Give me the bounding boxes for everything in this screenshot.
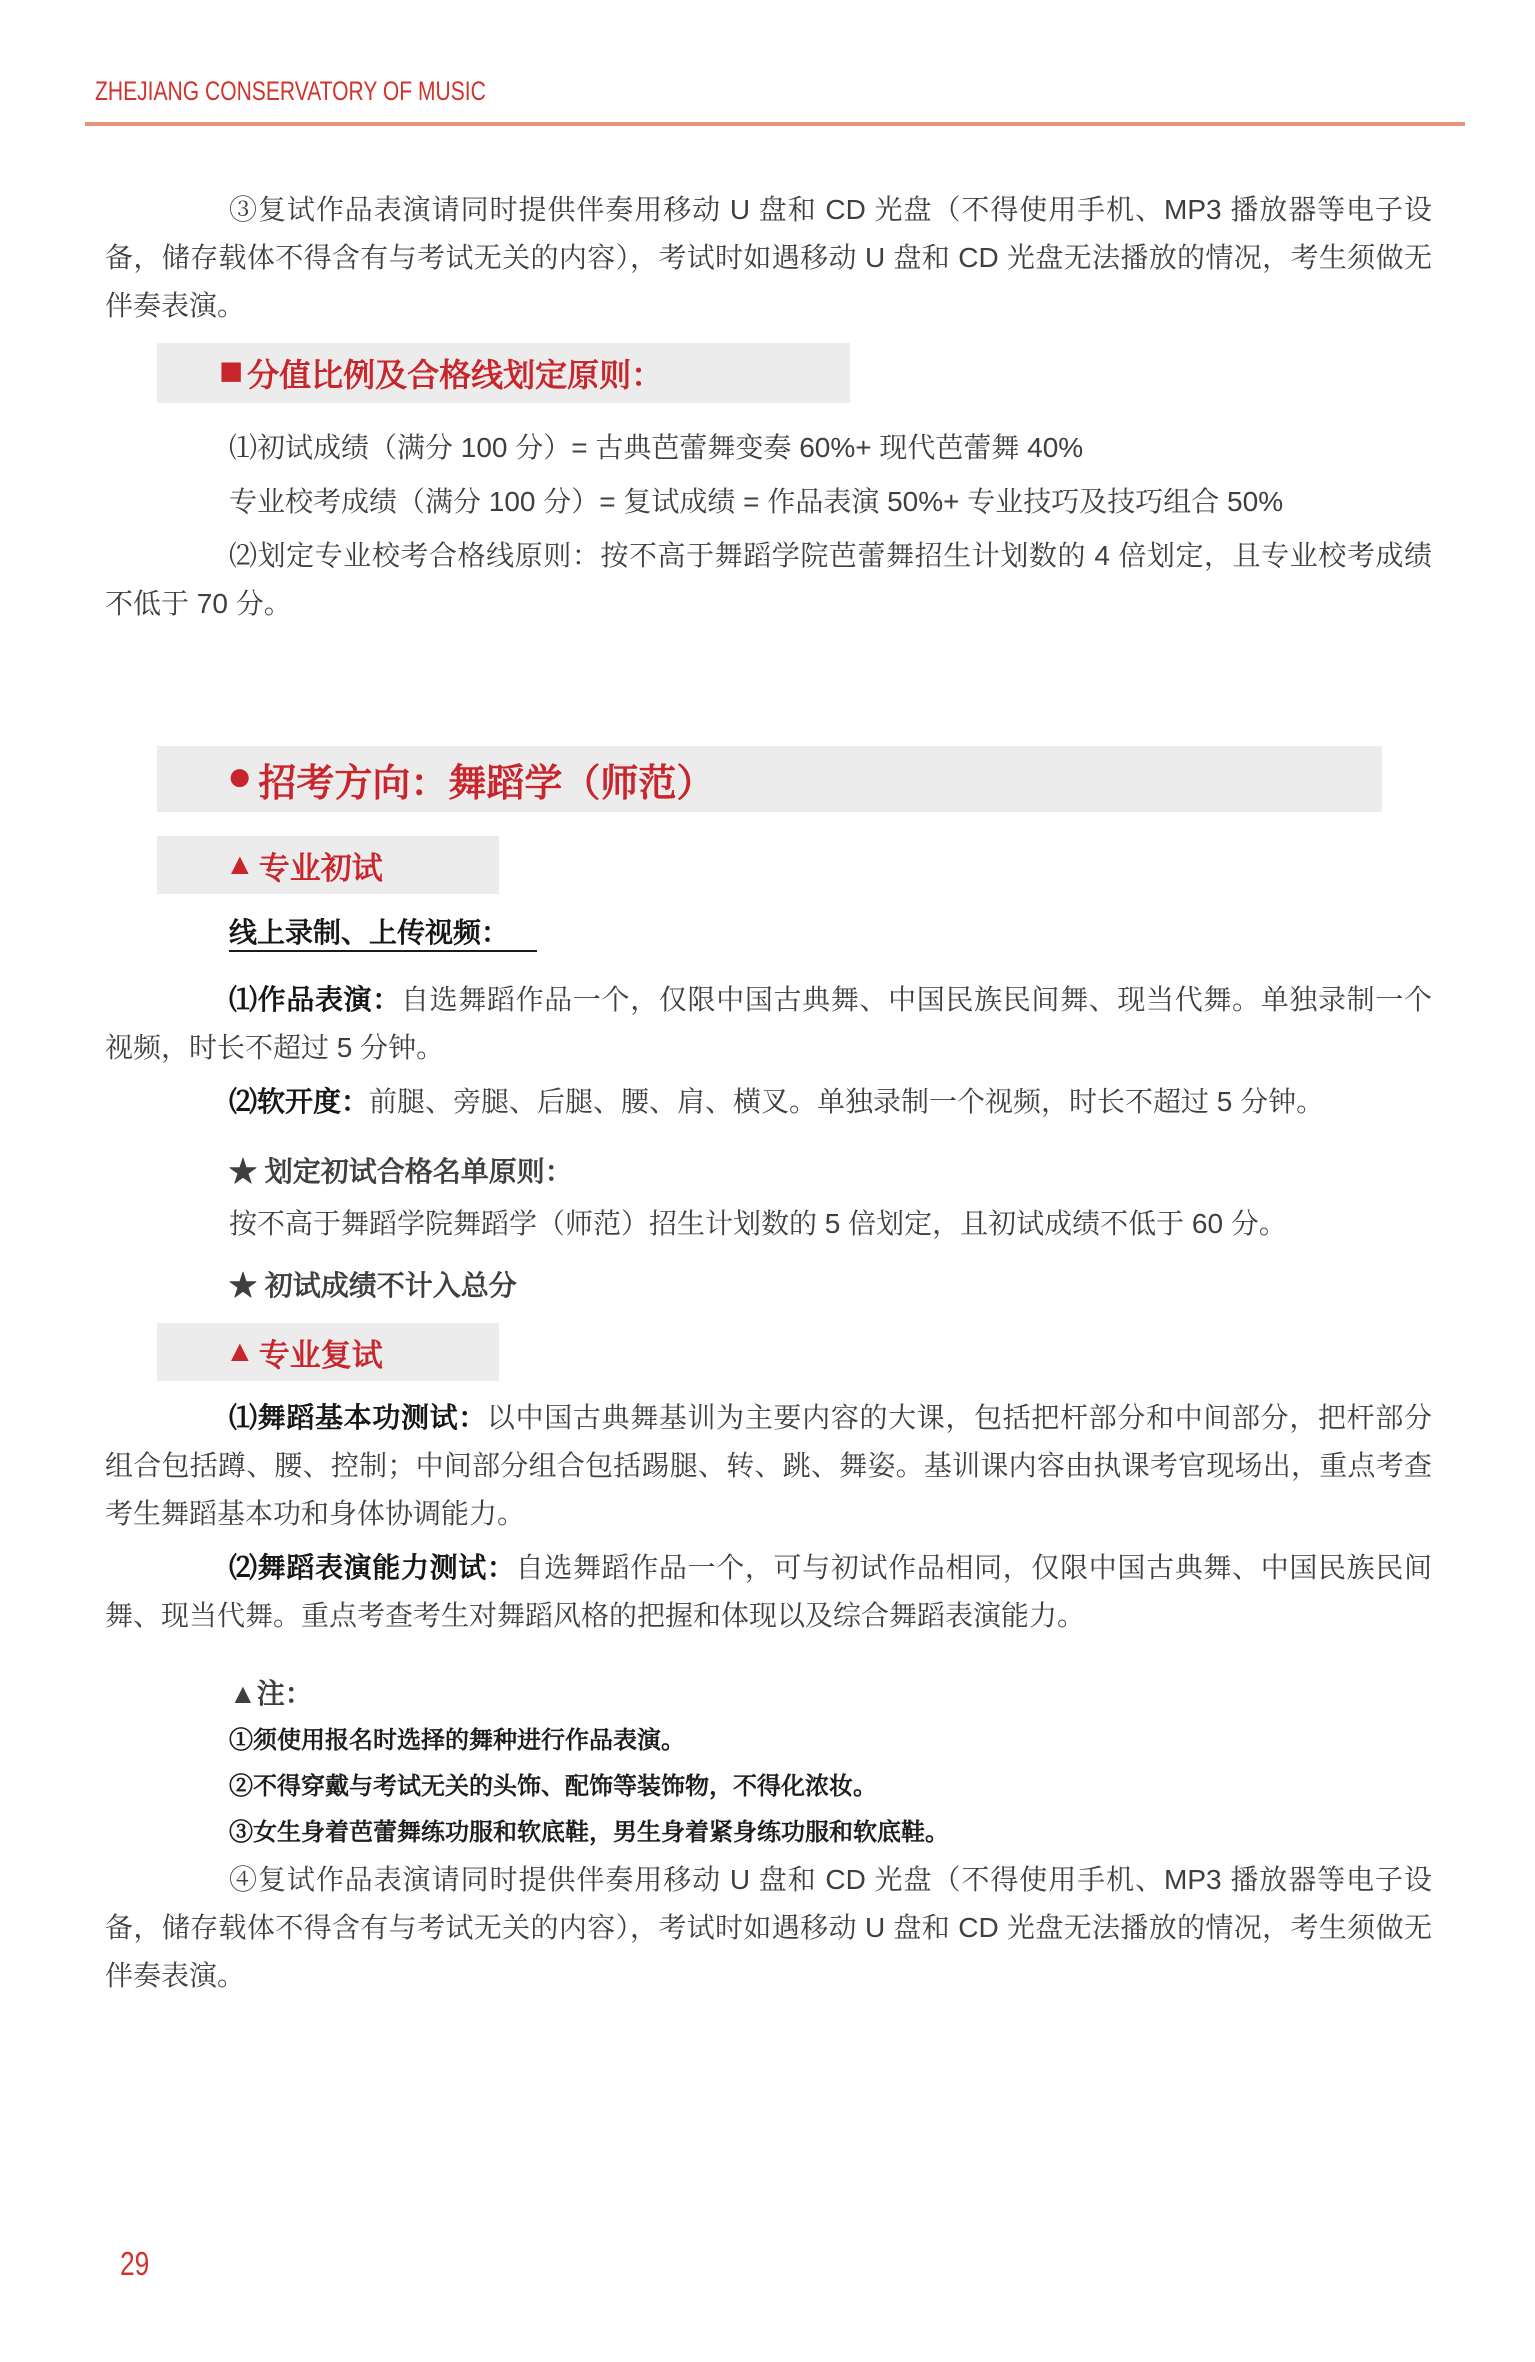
second-round-heading-label: 专业复试 bbox=[259, 1330, 383, 1375]
first-round-item-2: ⑵软开度：前腿、旁腿、后腿、腰、肩、横叉。单独录制一个视频，时长不超过 5 分钟… bbox=[105, 1078, 1432, 1126]
notes-label: ▲注： bbox=[105, 1670, 1432, 1718]
first-round-item-2-text: 前腿、旁腿、后腿、腰、肩、横叉。单独录制一个视频，时长不超过 5 分钟。 bbox=[369, 1086, 1324, 1117]
score-paragraph-2: 专业校考成绩（满分 100 分）= 复试成绩 = 作品表演 50%+ 专业技巧及… bbox=[105, 478, 1432, 526]
conservatory-title: ZHEJIANG CONSERVATORY OF MUSIC bbox=[95, 76, 486, 107]
square-bullet-icon: ■ bbox=[219, 351, 243, 391]
score-section-body: ⑴初试成绩（满分 100 分）= 古典芭蕾舞变奏 60%+ 现代芭蕾舞 40% … bbox=[105, 424, 1432, 628]
first-round-heading: ▲ 专业初试 bbox=[157, 836, 499, 894]
note-4: ④复试作品表演请同时提供伴奏用移动 U 盘和 CD 光盘（不得使用手机、MP3 … bbox=[105, 1856, 1432, 2000]
first-round-item-1-label: ⑴作品表演： bbox=[229, 984, 401, 1015]
first-round-star-note: ★ 初试成绩不计入总分 bbox=[105, 1262, 1432, 1310]
score-paragraph-3: ⑵划定专业校考合格线原则：按不高于舞蹈学院芭蕾舞招生计划数的 4 倍划定，且专业… bbox=[105, 532, 1432, 628]
first-round-heading-label: 专业初试 bbox=[259, 843, 383, 888]
header-rule bbox=[85, 122, 1465, 126]
first-round-item-2-label: ⑵软开度： bbox=[229, 1086, 369, 1117]
major-direction-heading: ● 招考方向：舞蹈学（师范） bbox=[157, 746, 1382, 812]
score-section-heading: ■ 分值比例及合格线划定原则： bbox=[157, 343, 850, 403]
second-round-item-1: ⑴舞蹈基本功测试：以中国古典舞基训为主要内容的大课，包括把杆部分和中间部分，把杆… bbox=[105, 1394, 1432, 1538]
first-round-star-rule-heading: ★ 划定初试合格名单原则： bbox=[105, 1148, 1432, 1196]
second-round-item-2-label: ⑵舞蹈表演能力测试： bbox=[229, 1552, 516, 1583]
circle-bullet-icon: ● bbox=[227, 755, 252, 797]
score-paragraph-1: ⑴初试成绩（满分 100 分）= 古典芭蕾舞变奏 60%+ 现代芭蕾舞 40% bbox=[105, 424, 1432, 472]
note-3: ③女生身着芭蕾舞练功服和软底鞋，男生身着紧身练功服和软底鞋。 bbox=[105, 1810, 1432, 1856]
triangle-bullet-icon: ▲ bbox=[225, 850, 255, 880]
major-direction-heading-label: 招考方向：舞蹈学（师范） bbox=[258, 752, 714, 807]
triangle-bullet-icon: ▲ bbox=[225, 1337, 255, 1367]
intro-note-paragraph: ③复试作品表演请同时提供伴奏用移动 U 盘和 CD 光盘（不得使用手机、MP3 … bbox=[105, 186, 1432, 330]
page-content: ③复试作品表演请同时提供伴奏用移动 U 盘和 CD 光盘（不得使用手机、MP3 … bbox=[105, 186, 1432, 2000]
online-recording-subtitle: 线上录制、上传视频： bbox=[105, 909, 1432, 957]
masthead: ZHEJIANG CONSERVATORY OF MUSIC bbox=[0, 0, 1535, 126]
note-1: ①须使用报名时选择的舞种进行作品表演。 bbox=[105, 1718, 1432, 1764]
first-round-item-1: ⑴作品表演：自选舞蹈作品一个，仅限中国古典舞、中国民族民间舞、现当代舞。单独录制… bbox=[105, 976, 1432, 1072]
second-round-item-1-label: ⑴舞蹈基本功测试： bbox=[229, 1402, 487, 1433]
first-round-star-rule-text: 按不高于舞蹈学院舞蹈学（师范）招生计划数的 5 倍划定，且初试成绩不低于 60 … bbox=[105, 1200, 1432, 1248]
note-2: ②不得穿戴与考试无关的头饰、配饰等装饰物，不得化浓妆。 bbox=[105, 1764, 1432, 1810]
page-number: 29 bbox=[120, 2245, 149, 2283]
score-section-heading-label: 分值比例及合格线划定原则： bbox=[247, 350, 663, 396]
second-round-heading: ▲ 专业复试 bbox=[157, 1323, 499, 1381]
document-page: ZHEJIANG CONSERVATORY OF MUSIC ③复试作品表演请同… bbox=[0, 0, 1535, 2362]
second-round-item-2: ⑵舞蹈表演能力测试：自选舞蹈作品一个，可与初试作品相同，仅限中国古典舞、中国民族… bbox=[105, 1544, 1432, 1640]
online-recording-subtitle-text: 线上录制、上传视频： bbox=[229, 917, 537, 952]
